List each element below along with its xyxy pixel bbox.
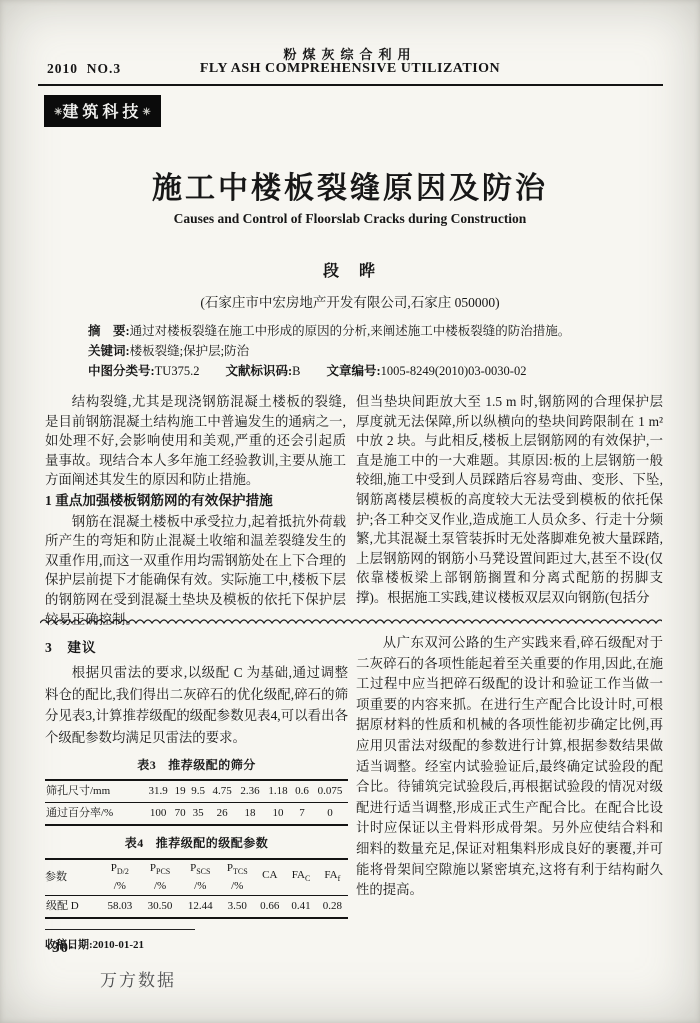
table-row: 通过百分率/% 100 70 35 26 18 10 7 0 [45,803,348,826]
table-cell: 筛孔尺寸/mm [45,780,144,803]
footnote: 收稿日期:2010-01-21 [45,929,348,956]
table-cell: 2.36 [236,780,264,803]
table-cell: 10 [264,803,292,826]
table-cell: 4.75 [208,780,236,803]
table-header-cell: CA [254,859,285,896]
article-no-label: 文章编号: [326,364,380,378]
table-cell: 0.28 [317,896,348,919]
body-paragraph: 从广东双河公路的生产实践来看,碎石级配对于二灰碎石的各项性能起着至关重要的作用,… [356,633,663,901]
table3-caption: 表3推荐级配的筛分 [45,755,348,776]
keywords-line: 关键词:楼板裂缝;保护层;防治 [88,341,614,361]
table-cell: 级配 D [45,896,100,919]
header-rule [38,84,663,86]
table-cell: 70 [172,803,188,826]
table-cell: 100 [144,803,172,826]
table3-caption-label: 表3 [137,758,156,772]
table-header-row: 参数 PD/2/% PPCS/% PSCS/% PTCS/% CA FAC FA… [45,859,348,896]
table-cell: 35 [188,803,208,826]
table-header-cell: PPCS/% [140,859,180,896]
section-heading-3: 3 建议 [45,637,348,658]
article-title-en: Causes and Control of Floorslab Cracks d… [0,211,700,227]
article-title: 施工中楼板裂缝原因及防治 [0,163,700,207]
journal-title-en: FLY ASH COMPREHENSIVE UTILIZATION [0,61,700,77]
section-heading-1: 1 重点加强楼板钢筋网的有效保护措施 [45,491,346,511]
table-header-cell: PTCS/% [220,859,254,896]
table-cell: 12.44 [180,896,220,919]
abstract-label: 摘 要: [88,324,130,338]
left-column-top: 结构裂缝,尤其是现浇钢筋混凝土楼板的裂缝,是目前钢筋混凝土结构施工中普遍发生的通… [45,392,346,629]
section-badge-label: 建筑科技 [62,104,142,121]
keywords-text: 楼板裂缝;保护层;防治 [130,344,249,358]
table-header-cell: PSCS/% [180,859,220,896]
table-header-cell: FAf [317,859,348,896]
wavy-divider [40,613,662,623]
section-badge: ✳建筑科技✳ [44,95,161,127]
table-cell: 30.50 [140,896,180,919]
table-cell: 0.66 [254,896,285,919]
table-cell: 31.9 [144,780,172,803]
doc-code-label: 文献标识码: [225,364,292,378]
left-column-bottom: 3 建议 根据贝雷法的要求,以级配 C 为基础,通过调整料仓的配比,我们得出二灰… [45,636,348,956]
meta-line: 中图分类号:TU375.2文献标识码:B文章编号:1005-8249(2010)… [88,361,614,381]
abstract-block: 摘 要:通过对楼板裂缝在施工中形成的原因的分析,来阐述施工中楼板裂缝的防治措施。… [88,321,614,381]
sparkle-icon: ✳ [142,107,150,118]
table-cell: 58.03 [100,896,140,919]
table4-grading-parameters: 参数 PD/2/% PPCS/% PSCS/% PTCS/% CA FAC FA… [45,858,348,919]
body-paragraph: 根据贝雷法的要求,以级配 C 为基础,通过调整料仓的配比,我们得出二灰碎石的优化… [45,662,348,748]
table4-caption: 表4推荐级配的级配参数 [45,833,348,854]
table4-caption-text: 推荐级配的级配参数 [156,836,269,850]
abstract-line: 摘 要:通过对楼板裂缝在施工中形成的原因的分析,来阐述施工中楼板裂缝的防治措施。 [88,321,614,341]
abstract-text: 通过对楼板裂缝在施工中形成的原因的分析,来阐述施工中楼板裂缝的防治措施。 [130,324,571,338]
keywords-label: 关键词: [88,344,130,358]
author-name: 段 晔 [0,258,700,281]
right-column-bottom: 从广东双河公路的生产实践来看,碎石级配对于二灰碎石的各项性能起着至关重要的作用,… [356,633,663,901]
author-affiliation: (石家庄市中宏房地产开发有限公司,石家庄 050000) [0,291,700,311]
clc-value: TU375.2 [155,364,200,378]
footnote-rule [45,929,195,930]
table-cell: 通过百分率/% [45,803,144,826]
table-cell: 26 [208,803,236,826]
right-column-top: 但当垫块间距放大至 1.5 m 时,钢筋网的合理保护层厚度就无法保障,所以纵横向… [356,392,663,608]
table-cell: 1.18 [264,780,292,803]
table-cell: 7 [292,803,312,826]
clc-label: 中图分类号: [88,364,155,378]
wanfang-watermark: 万方数据 [100,966,176,991]
table3-caption-text: 推荐级配的筛分 [168,758,256,772]
table-cell: 3.50 [220,896,254,919]
page-number: ·30· [46,940,75,957]
table-row: 级配 D 58.03 30.50 12.44 3.50 0.66 0.41 0.… [45,896,348,919]
table3-sieve-grading: 筛孔尺寸/mm 31.9 19 9.5 4.75 2.36 1.18 0.6 0… [45,779,348,826]
table-header-cell: 参数 [45,859,100,896]
table-header-cell: PD/2/% [100,859,140,896]
doc-code-value: B [292,364,300,378]
table-cell: 0.6 [292,780,312,803]
table-cell: 9.5 [188,780,208,803]
table-cell: 18 [236,803,264,826]
table-cell: 0.075 [312,780,348,803]
table-cell: 0 [312,803,348,826]
body-paragraph: 但当垫块间距放大至 1.5 m 时,钢筋网的合理保护层厚度就无法保障,所以纵横向… [356,392,663,608]
body-paragraph: 结构裂缝,尤其是现浇钢筋混凝土楼板的裂缝,是目前钢筋混凝土结构施工中普遍发生的通… [45,392,346,490]
received-date: 2010-01-21 [93,939,144,951]
article-no-value: 1005-8249(2010)03-0030-02 [381,364,527,378]
table-row: 筛孔尺寸/mm 31.9 19 9.5 4.75 2.36 1.18 0.6 0… [45,780,348,803]
table-cell: 0.41 [285,896,316,919]
table-header-cell: FAC [285,859,316,896]
scanned-paper-page: 粉煤灰综合利用 2010 NO.3 FLY ASH COMPREHENSIVE … [0,0,700,1023]
table-cell: 19 [172,780,188,803]
received-date-line: 收稿日期:2010-01-21 [45,935,348,956]
table4-caption-label: 表4 [125,836,144,850]
body-paragraph: 钢筋在混凝土楼板中承受拉力,起着抵抗外荷载所产生的弯矩和防止混凝土收缩和温差裂缝… [45,512,346,630]
